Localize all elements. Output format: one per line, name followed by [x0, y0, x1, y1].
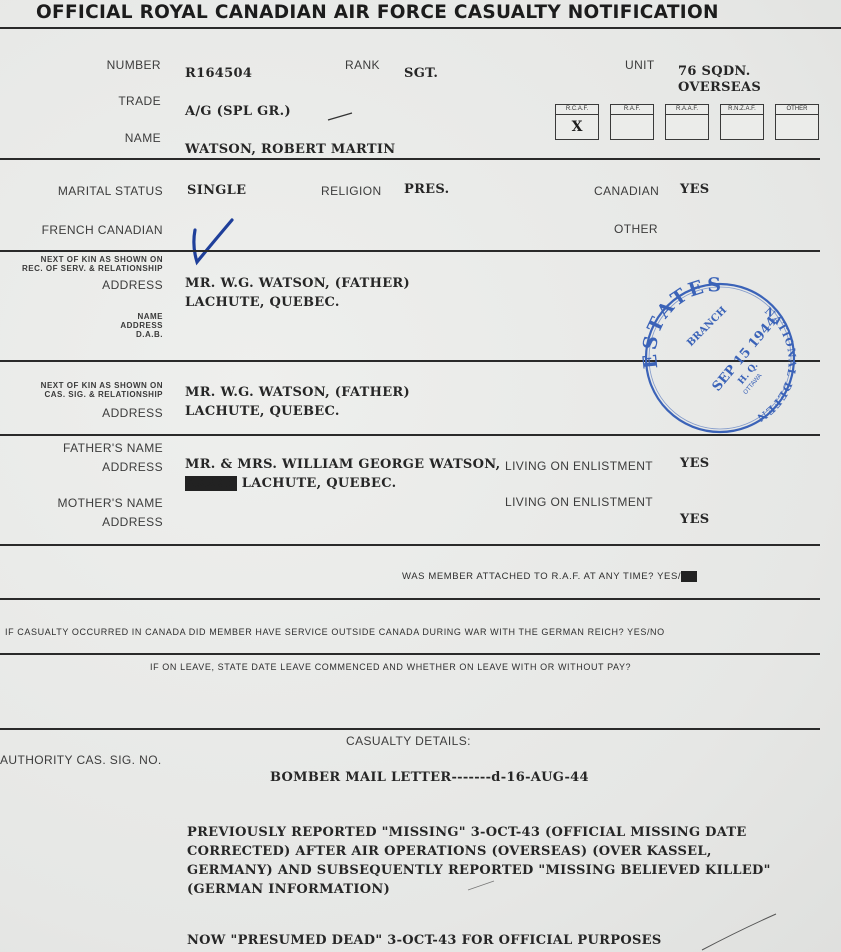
fathers-name-label: FATHER'S NAME [63, 441, 163, 455]
father-living-label: LIVING ON ENLISTMENT [505, 459, 653, 473]
rank-value: SGT. [404, 66, 438, 81]
other-label: OTHER [614, 222, 658, 236]
canadian-label: CANADIAN [594, 184, 659, 198]
struck-no: NO [681, 571, 696, 582]
presumed-dead-line: NOW "PRESUMED DEAD" 3-OCT-43 FOR OFFICIA… [187, 933, 662, 948]
bomber-mail-line: BOMBER MAIL LETTER-------d-16-AUG-44 [270, 770, 589, 785]
trade-value: A/G (SPL GR.) [185, 104, 291, 119]
box-mark: X [556, 115, 598, 139]
religion-label: RELIGION [321, 184, 382, 198]
nok-cas-line-2: LACHUTE, QUEBEC. [185, 404, 340, 419]
mother-living-value: YES [680, 512, 709, 527]
pen-stroke-icon [466, 878, 496, 892]
divider [0, 544, 820, 546]
unit-line-1: 76 SQDN. [678, 64, 751, 79]
pen-stroke-icon [700, 912, 780, 952]
member-name: WATSON, ROBERT MARTIN [185, 142, 395, 157]
mothers-name-label: MOTHER'S NAME [58, 496, 164, 510]
rank-label: RANK [345, 58, 380, 72]
service-branch-boxes: R.C.A.F.X R.A.F. R.A.A.F. R.N.Z.A.F. OTH… [555, 104, 819, 140]
box-rcaf: R.C.A.F.X [555, 104, 599, 140]
canadian-value: YES [680, 182, 709, 197]
casualty-details-label: CASUALTY DETAILS: [346, 734, 471, 748]
nok-service-address-label: ADDRESS [102, 278, 163, 292]
number-label: NUMBER [107, 58, 161, 72]
nok-cas-label: NEXT OF KIN AS SHOWN ON CAS. SIG. & RELA… [41, 381, 163, 399]
unit-label: UNIT [625, 58, 655, 72]
parents-line-1: MR. & MRS. WILLIAM GEORGE WATSON, [185, 457, 500, 472]
father-living-value: YES [680, 456, 709, 471]
svg-text:BRANCH: BRANCH [685, 305, 729, 349]
nok-service-line-1: MR. W.G. WATSON, (FATHER) [185, 276, 410, 291]
leave-question: IF ON LEAVE, STATE DATE LEAVE COMMENCED … [150, 662, 631, 672]
mothers-address-label: ADDRESS [102, 515, 163, 529]
divider [0, 27, 841, 29]
fathers-address-label: ADDRESS [102, 460, 163, 474]
box-rnzaf: R.N.Z.A.F. [720, 104, 764, 140]
nok-service-line-2: LACHUTE, QUEBEC. [185, 295, 340, 310]
trade-label: TRADE [118, 94, 161, 108]
nok-service-label: NEXT OF KIN AS SHOWN ON REC. OF SERV. & … [22, 255, 163, 273]
service-number: R164504 [185, 66, 252, 81]
box-raf: R.A.F. [610, 104, 654, 140]
religion-value: PRES. [404, 182, 449, 197]
struck-out-text: XXXXX [185, 476, 237, 491]
name-label: NAME [125, 131, 161, 145]
divider [0, 598, 820, 600]
parents-line-2: XXXXX LACHUTE, QUEBEC. [185, 476, 397, 491]
divider [0, 250, 820, 252]
nok-cas-address-label: ADDRESS [102, 406, 163, 420]
authority-label: AUTHORITY CAS. SIG. NO. [0, 753, 162, 767]
marital-status-label: MARITAL STATUS [58, 184, 163, 198]
divider [0, 653, 820, 655]
french-canadian-label: FRENCH CANADIAN [42, 223, 163, 237]
divider [0, 728, 820, 730]
form-title: OFFICIAL ROYAL CANADIAN AIR FORCE CASUAL… [36, 2, 719, 23]
divider [0, 158, 820, 160]
pen-stroke-icon [326, 110, 354, 122]
mother-living-label: LIVING ON ENLISTMENT [505, 495, 653, 509]
marital-status-value: SINGLE [187, 183, 246, 198]
box-raaf: R.A.A.F. [665, 104, 709, 140]
unit-line-2: OVERSEAS [678, 80, 761, 95]
dab-label: NAME ADDRESS D.A.B. [120, 312, 163, 339]
service-outside-canada-question: IF CASUALTY OCCURRED IN CANADA DID MEMBE… [5, 627, 665, 637]
nok-cas-line-1: MR. W.G. WATSON, (FATHER) [185, 385, 410, 400]
checkmark-icon [186, 216, 236, 268]
estates-branch-stamp-icon: ESTATES NATIONAL DEFENCE BRANCH SEP 15 1… [636, 276, 800, 436]
raf-attached-question: WAS MEMBER ATTACHED TO R.A.F. AT ANY TIM… [402, 571, 697, 582]
box-other: OTHER [775, 104, 819, 140]
